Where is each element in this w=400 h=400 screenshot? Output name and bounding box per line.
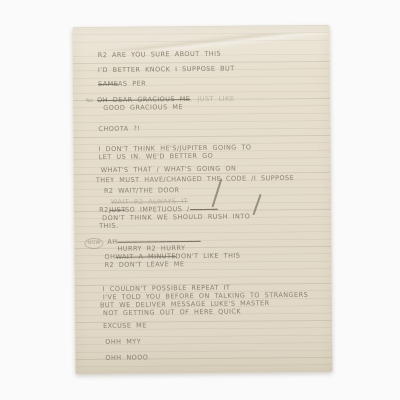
paper-crease — [73, 33, 330, 51]
handwritten-text-segment: OH — [104, 254, 115, 261]
handwritten-line: OHH MYY — [105, 339, 141, 346]
handwritten-text-segment: I'D BETTER KNOCK I SUPPOSE BUT — [98, 65, 235, 74]
handwritten-text-segment: JUST — [109, 207, 126, 214]
handwritten-line: DON'T THINK WE SHOULD RUSH INTO — [102, 214, 250, 222]
handwritten-line: THIS. — [99, 223, 118, 230]
handwritten-text-segment: GOOD GRACIOUS ME — [103, 104, 183, 112]
handwritten-line: THEY MUST HAVE/CHANGED THE CODE /I SUPPO… — [96, 175, 294, 184]
handwritten-line: I'D BETTER KNOCK I SUPPOSE BUT — [98, 66, 235, 74]
handwritten-line: R2 DON'T LEAVE ME — [105, 261, 185, 269]
handwritten-text-segment: R2 DON'T LEAVE ME — [105, 261, 185, 269]
handwritten-line: WHAT'S THAT / WHAT'S GOING ON — [101, 166, 237, 174]
handwritten-text-segment: DON'T THINK WE SHOULD RUSH INTO — [102, 213, 250, 222]
handwritten-text-segment: AH — [108, 239, 118, 246]
handwritten-line: EXCUSE ME — [103, 322, 147, 329]
handwritten-text-segment: EXCUSE ME — [103, 322, 147, 330]
handwritten-text-segment: LET US IN. WE'D BETTER GO — [99, 153, 214, 161]
handwritten-text-segment: OHH MYY — [105, 338, 141, 345]
handwritten-line: GOOD GRACIOUS ME — [103, 104, 183, 112]
handwritten-text-segment: THEY MUST HAVE/CHANGED THE CODE /I SUPPO… — [96, 175, 294, 184]
circled-margin-note: NOW — [84, 238, 103, 249]
pencil-slash-mark — [252, 194, 261, 215]
handwritten-text-segment: R2 ARE YOU SURE ABOUT THIS — [98, 51, 221, 60]
handwritten-text-segment: CHOOTA ?! — [98, 125, 140, 133]
margin-note: No — [86, 98, 93, 105]
photo-background: R2 ARE YOU SURE ABOUT THISI'D BETTER KNO… — [0, 0, 400, 400]
handwritten-text-segment: DON'T LIKE THIS — [176, 253, 241, 261]
handwritten-text-segment: R2 — [99, 207, 109, 214]
handwritten-note-page: R2 ARE YOU SURE ABOUT THISI'D BETTER KNO… — [72, 25, 332, 374]
handwritten-text-segment: THE DOOR — [139, 187, 180, 194]
handwritten-text-segment: WHAT'S THAT / WHAT'S GOING ON — [101, 165, 237, 174]
handwriting-area: R2 ARE YOU SURE ABOUT THISI'D BETTER KNO… — [72, 25, 329, 27]
handwritten-text-segment: R2 WAIT — [104, 188, 137, 195]
handwritten-line: LET US IN. WE'D BETTER GO — [99, 153, 214, 161]
handwritten-text-segment: NOT GETTING OUT OF HERE QUICK — [103, 308, 241, 317]
handwritten-line: R2 WAIT / THE DOOR — [104, 187, 180, 195]
handwritten-line: R2 ARE YOU SURE ABOUT THIS — [98, 51, 221, 59]
handwritten-line: NOT GETTING OUT OF HERE QUICK — [103, 309, 241, 317]
handwritten-line: OHH NOOO — [105, 354, 148, 361]
handwritten-text-segment: THIS. — [99, 223, 118, 230]
handwritten-text-segment: OHH NOOO — [105, 354, 148, 362]
handwritten-text-segment: AS PER — [118, 80, 146, 87]
handwritten-line: SAME AS PER — [98, 80, 146, 87]
handwritten-text-segment: , JUST LIKE — [191, 96, 235, 104]
handwritten-text-segment: SAME — [98, 81, 118, 88]
handwritten-line: CHOOTA ?! — [98, 126, 140, 133]
